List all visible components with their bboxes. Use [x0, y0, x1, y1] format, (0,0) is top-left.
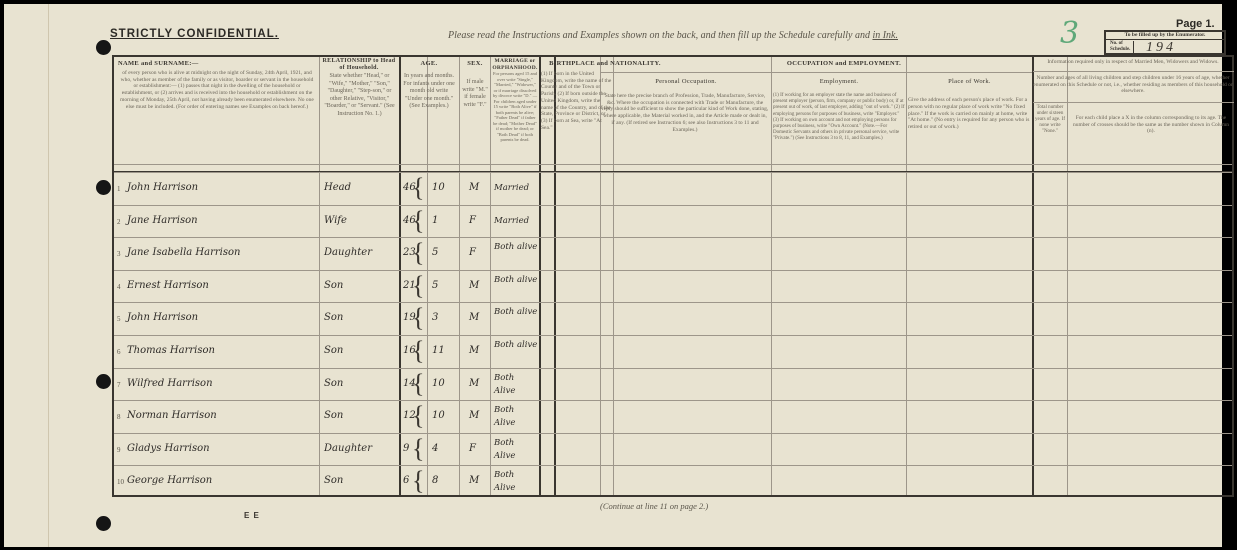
- brace: {: [412, 466, 424, 496]
- punch-hole: [96, 374, 111, 389]
- row-number: 3: [117, 250, 121, 258]
- document-title: STRICTLY CONFIDENTIAL.: [110, 28, 279, 40]
- header-marriage: MARRIAGE or ORPHANHOOD.: [491, 58, 539, 71]
- header-name: NAME and SURNAME:—: [118, 60, 318, 67]
- marriage-status: Both Alive: [494, 437, 538, 463]
- relationship: Son: [324, 410, 343, 421]
- relationship: Son: [324, 475, 343, 486]
- row-number: 7: [117, 381, 121, 389]
- continue-note: (Continue at line 11 on page 2.): [600, 501, 708, 511]
- sex: M: [469, 280, 479, 291]
- age-months: 10: [432, 378, 445, 389]
- row-number: 4: [117, 283, 121, 291]
- header-occupation-group: OCCUPATION and EMPLOYMENT.: [674, 60, 1014, 67]
- table-row: 9Gladys HarrisonDaughter94FBoth Alive{: [114, 433, 1232, 466]
- row-number: 2: [117, 218, 121, 226]
- relationship: Wife: [324, 215, 347, 226]
- row-number: 9: [117, 446, 121, 454]
- table-row: 7Wilfred HarrisonSon1410MBoth Alive{: [114, 368, 1232, 401]
- marriage-status: Both alive: [494, 339, 538, 352]
- relationship: Son: [324, 312, 343, 323]
- marriage-status: Married: [494, 182, 538, 195]
- marriage-status: Both alive: [494, 306, 538, 319]
- table-row: 5John HarrisonSon193MBoth alive{: [114, 302, 1232, 335]
- age-years: 9: [403, 443, 409, 454]
- marriage-status: Both Alive: [494, 469, 538, 495]
- brace: {: [412, 206, 424, 236]
- relationship: Head: [324, 182, 351, 193]
- brace: {: [412, 336, 424, 366]
- brace: {: [412, 238, 424, 268]
- person-name: Jane Isabella Harrison: [127, 247, 240, 258]
- person-name: Jane Harrison: [127, 215, 198, 226]
- person-name: Wilfred Harrison: [127, 378, 213, 389]
- header-relationship-text: State whether "Head," or "Wife," "Mother…: [322, 73, 397, 118]
- relationship: Son: [324, 345, 343, 356]
- header-age-text: In years and months. For infants under o…: [401, 73, 457, 111]
- census-table: NAME and SURNAME:— RELATIONSHIP to Head …: [112, 55, 1234, 497]
- brace: {: [412, 434, 424, 464]
- person-name: Ernest Harrison: [127, 280, 209, 291]
- sex: F: [469, 443, 476, 454]
- person-name: John Harrison: [127, 312, 198, 323]
- table-row: 4Ernest HarrisonSon215MBoth alive{: [114, 270, 1232, 303]
- age-months: 11: [432, 345, 445, 356]
- table-row: 2Jane HarrisonWife461FMarried{: [114, 205, 1232, 238]
- age-months: 10: [432, 182, 445, 193]
- sex: M: [469, 345, 479, 356]
- header-place-of-work: Place of Work.: [907, 78, 1032, 85]
- row-number: 5: [117, 315, 121, 323]
- row-number: 6: [117, 348, 121, 356]
- brace: {: [412, 303, 424, 333]
- brace: {: [412, 173, 424, 203]
- marriage-status: Both alive: [494, 274, 538, 287]
- person-name: Gladys Harrison: [127, 443, 210, 454]
- table-row: 6Thomas HarrisonSon1611MBoth alive{: [114, 335, 1232, 368]
- header-employment: Employment.: [772, 78, 906, 85]
- schedule-number-box: To be filled up by the Enumerator. No. o…: [1104, 30, 1226, 55]
- sex: M: [469, 312, 479, 323]
- marriage-status: Both Alive: [494, 404, 538, 430]
- header-place-of-work-text: Give the address of each person's place …: [908, 97, 1030, 131]
- age-months: 10: [432, 410, 445, 421]
- schedule-number: 194: [1146, 40, 1176, 56]
- marriage-status: Both alive: [494, 241, 538, 254]
- row-number: 8: [117, 413, 121, 421]
- relationship: Daughter: [324, 247, 372, 258]
- person-name: George Harrison: [127, 475, 212, 486]
- relationship: Son: [324, 280, 343, 291]
- person-name: Thomas Harrison: [127, 345, 215, 356]
- marriage-status: Married: [494, 215, 538, 228]
- age-months: 3: [432, 312, 438, 323]
- relationship: Son: [324, 378, 343, 389]
- sex: M: [469, 475, 479, 486]
- header-personal-occupation-text: State here the precise branch of Profess…: [601, 93, 769, 133]
- punch-hole: [96, 40, 111, 55]
- footer-code: E E: [244, 511, 260, 520]
- header-name-text: of every person who is alive at midnight…: [118, 70, 316, 110]
- sex: M: [469, 378, 479, 389]
- header-married-info: Information required only in respect of …: [1033, 59, 1233, 66]
- punch-hole: [96, 180, 111, 195]
- header-personal-occupation: Personal Occupation.: [601, 78, 771, 85]
- schedule-box-header: To be filled up by the Enumerator.: [1106, 32, 1224, 40]
- table-row: 1John HarrisonHead4610MMarried{: [114, 172, 1232, 205]
- table-row: 3Jane Isabella HarrisonDaughter235FBoth …: [114, 237, 1232, 270]
- marriage-status: Both Alive: [494, 372, 538, 398]
- brace: {: [412, 271, 424, 301]
- sex: M: [469, 410, 479, 421]
- header-age: AGE.: [400, 60, 458, 67]
- header-children-ages-text: For each child place a X in the column c…: [1070, 115, 1232, 135]
- punch-hole: [96, 516, 111, 531]
- instructions-note: Please read the Instructions and Example…: [448, 30, 898, 41]
- age-years: 6: [403, 475, 409, 486]
- sex: M: [469, 182, 479, 193]
- header-sex: SEX.: [460, 60, 490, 67]
- sex: F: [469, 215, 476, 226]
- person-name: John Harrison: [127, 182, 198, 193]
- header-marriage-text: For persons aged 15 and over write "Sing…: [492, 71, 538, 143]
- age-months: 1: [432, 215, 438, 226]
- brace: {: [412, 401, 424, 431]
- enumerator-mark: 3: [1060, 16, 1079, 51]
- age-months: 5: [432, 247, 438, 258]
- brace: {: [412, 369, 424, 399]
- table-row: 8Norman HarrisonSon1210MBoth Alive{: [114, 400, 1232, 433]
- fold-line: [48, 4, 49, 547]
- age-months: 4: [432, 443, 438, 454]
- header-total-children-text: Total number under sixteen years of age.…: [1033, 105, 1067, 135]
- row-number: 1: [117, 185, 121, 193]
- table-row: 10George HarrisonSon68MBoth Alive{: [114, 465, 1232, 498]
- relationship: Daughter: [324, 443, 372, 454]
- header-employment-text: (1) If working for an employer state the…: [773, 93, 905, 143]
- header-children-info: Number and ages of all living children a…: [1033, 75, 1233, 95]
- person-name: Norman Harrison: [127, 410, 217, 421]
- sex: F: [469, 247, 476, 258]
- header-birthplace: BIRTHPLACE and NATIONALITY.: [540, 60, 670, 67]
- schedule-label: No. of Schedule.: [1110, 41, 1134, 54]
- header-relationship: RELATIONSHIP to Head of Household.: [320, 58, 398, 71]
- page-number: Page 1.: [1176, 18, 1215, 30]
- row-number: 10: [117, 478, 124, 486]
- header-sex-text: If male write "M." if female write "F.": [461, 79, 489, 109]
- age-months: 8: [432, 475, 438, 486]
- age-months: 5: [432, 280, 438, 291]
